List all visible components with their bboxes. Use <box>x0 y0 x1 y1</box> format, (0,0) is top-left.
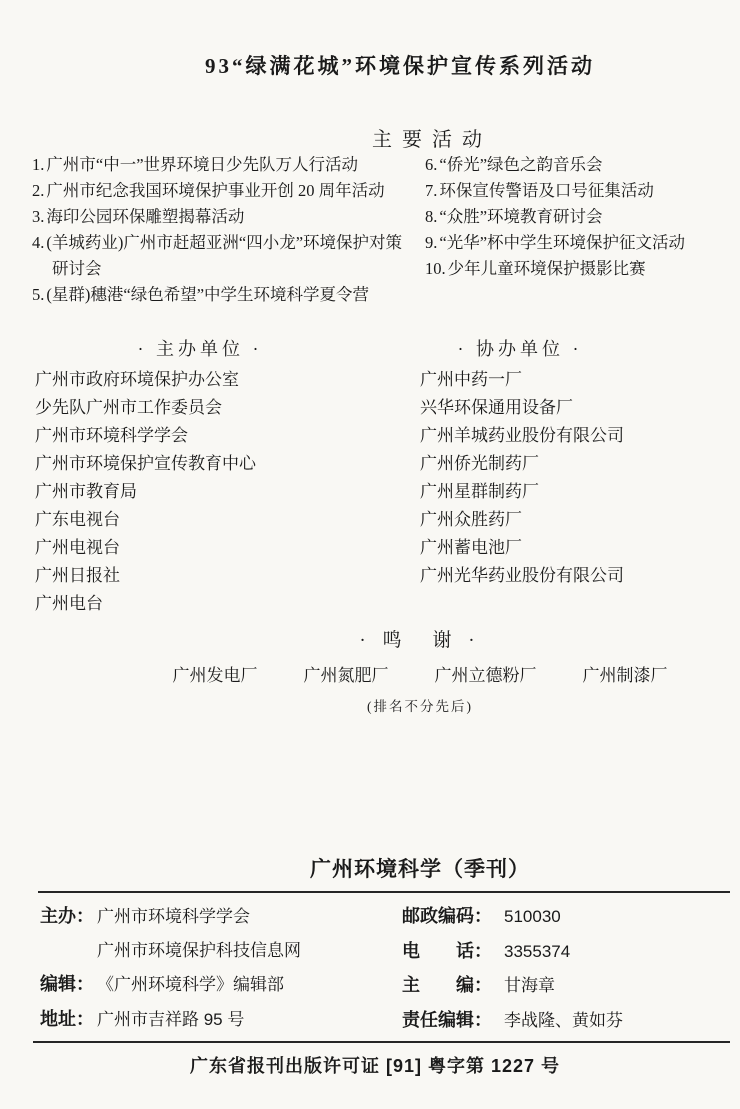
activities-list: 1.广州市“中一”世界环境日少先队万人行活动 2.广州市纪念我国环境保护事业开创… <box>32 152 722 308</box>
info-value: 《广州环境科学》编辑部 <box>97 975 284 994</box>
bottom-divider-rule <box>33 1041 730 1043</box>
journal-info-left: 主办：广州市环境科学学会 广州市环境保护科技信息网 编辑：《广州环境科学》编辑部… <box>40 900 301 1037</box>
activity-item-9: 9.“光华”杯中学生环境保护征文活动 <box>425 230 722 256</box>
activity-item-5: 5.(星群)穗港“绿色希望”中学生环境科学夏令营 <box>32 282 404 308</box>
acknowledgement-note: (排名不分先后) <box>50 695 740 715</box>
co-organizer-item: 广州星群制药厂 <box>420 478 722 506</box>
info-value: 李战隆、黄如芬 <box>504 1011 623 1030</box>
info-value: 甘海章 <box>504 976 555 995</box>
organizer-item: 广州市教育局 <box>35 478 420 506</box>
info-row-editor-dept: 编辑：《广州环境科学》编辑部 <box>40 968 301 1003</box>
journal-title: 广州环境科学（季刊） <box>50 853 740 883</box>
info-value: 广州市环境保护科技信息网 <box>97 941 301 960</box>
co-organizer-item: 广州侨光制药厂 <box>420 450 722 478</box>
organizers-list: 广州市政府环境保护办公室 少先队广州市工作委员会 广州市环境科学学会 广州市环境… <box>35 366 420 618</box>
activity-number: 2. <box>32 181 46 200</box>
organizer-item: 广州市环境科学学会 <box>35 422 420 450</box>
activity-text: 海印公园环保雕塑揭幕活动 <box>46 207 244 226</box>
activity-number: 4. <box>32 233 46 252</box>
info-row-postcode: 邮政编码：510030 <box>402 900 623 935</box>
organizer-item: 广州电台 <box>35 590 420 618</box>
organizer-item: 少先队广州市工作委员会 <box>35 394 420 422</box>
co-organizers-column: · 协办单位 · 广州中药一厂 兴华环保通用设备厂 广州羊城药业股份有限公司 广… <box>420 338 722 618</box>
activity-text: (星群)穗港“绿色希望”中学生环境科学夏令营 <box>46 285 369 304</box>
activity-text: “光华”杯中学生环境保护征文活动 <box>439 233 685 252</box>
acknowledged-company: 广州立德粉厂 <box>435 664 537 688</box>
main-activities-heading: 主要活动 <box>62 123 740 152</box>
activity-item-2: 2.广州市纪念我国环境保护事业开创 20 周年活动 <box>32 178 404 204</box>
activity-text: “侨光”绿色之韵音乐会 <box>439 155 602 174</box>
info-label: 主 编： <box>402 969 504 1002</box>
activity-item-6: 6.“侨光”绿色之韵音乐会 <box>425 152 722 178</box>
info-row-address: 地址：广州市吉祥路 95 号 <box>40 1003 301 1038</box>
activity-item-7: 7.环保宣传警语及口号征集活动 <box>425 178 722 204</box>
journal-info-right: 邮政编码：510030 电 话：3355374 主 编：甘海章 责任编辑：李战隆… <box>402 900 623 1038</box>
activities-right-column: 6.“侨光”绿色之韵音乐会 7.环保宣传警语及口号征集活动 8.“众胜”环境教育… <box>425 152 722 308</box>
activity-number: 5. <box>32 285 46 304</box>
co-organizers-heading: · 协办单位 · <box>420 338 620 360</box>
acknowledgement-heading: · 鸣 谢 · <box>50 630 740 652</box>
co-organizer-item: 广州中药一厂 <box>420 366 722 394</box>
info-label: 责任编辑： <box>402 1004 504 1037</box>
document-title: 93“绿满花城”环境保护宣传系列活动 <box>30 50 740 80</box>
activity-text: 广州市“中一”世界环境日少先队万人行活动 <box>46 155 358 174</box>
activity-text: (羊城药业)广州市赶超亚洲“四小龙”环境保护对策研讨会 <box>46 233 402 278</box>
organizer-item: 广州市政府环境保护办公室 <box>35 366 420 394</box>
activity-item-3: 3.海印公园环保雕塑揭幕活动 <box>32 204 404 230</box>
acknowledgement-section: · 鸣 谢 · 广州发电厂 广州氮肥厂 广州立德粉厂 广州制漆厂 (排名不分先后… <box>50 630 740 715</box>
info-label: 邮政编码： <box>402 900 504 933</box>
scanned-document-page: 93“绿满花城”环境保护宣传系列活动 主要活动 1.广州市“中一”世界环境日少先… <box>0 0 740 1109</box>
activity-number: 7. <box>425 181 439 200</box>
activity-item-1: 1.广州市“中一”世界环境日少先队万人行活动 <box>32 152 404 178</box>
publication-license: 广东省报刊出版许可证 [91] 粤字第 1227 号 <box>5 1052 740 1078</box>
info-row-chief-editor: 主 编：甘海章 <box>402 969 623 1004</box>
co-organizer-item: 广州众胜药厂 <box>420 506 722 534</box>
organizers-heading: · 主办单位 · <box>35 338 365 360</box>
activity-number: 10. <box>425 259 448 278</box>
activity-item-10: 10.少年儿童环境保护摄影比赛 <box>425 256 722 282</box>
acknowledgement-companies: 广州发电厂 广州氮肥厂 广州立德粉厂 广州制漆厂 <box>50 664 740 688</box>
acknowledged-company: 广州制漆厂 <box>583 664 668 688</box>
top-divider-rule <box>38 891 730 893</box>
info-label: 编辑： <box>40 968 97 1001</box>
co-organizer-item: 广州光华药业股份有限公司 <box>420 562 722 590</box>
acknowledged-company: 广州发电厂 <box>173 664 258 688</box>
info-row-phone: 电 话：3355374 <box>402 935 623 970</box>
info-label: 地址： <box>40 1003 97 1036</box>
co-organizer-item: 广州蓄电池厂 <box>420 534 722 562</box>
activity-text: 环保宣传警语及口号征集活动 <box>439 181 654 200</box>
info-value: 3355374 <box>504 942 570 961</box>
info-label: 主办： <box>40 900 97 933</box>
activities-left-column: 1.广州市“中一”世界环境日少先队万人行活动 2.广州市纪念我国环境保护事业开创… <box>32 152 425 308</box>
info-row-responsible-editors: 责任编辑：李战隆、黄如芬 <box>402 1004 623 1039</box>
info-row-sponsor: 主办：广州市环境科学学会 <box>40 900 301 935</box>
co-organizer-item: 广州羊城药业股份有限公司 <box>420 422 722 450</box>
activity-item-8: 8.“众胜”环境教育研讨会 <box>425 204 722 230</box>
activity-item-4: 4.(羊城药业)广州市赶超亚洲“四小龙”环境保护对策研讨会 <box>32 230 404 282</box>
activity-number: 8. <box>425 207 439 226</box>
organizer-item: 广州市环境保护宣传教育中心 <box>35 450 420 478</box>
organizer-item: 广东电视台 <box>35 506 420 534</box>
info-value: 510030 <box>504 907 561 926</box>
activity-number: 1. <box>32 155 46 174</box>
activity-text: “众胜”环境教育研讨会 <box>439 207 602 226</box>
activity-number: 3. <box>32 207 46 226</box>
activity-number: 9. <box>425 233 439 252</box>
acknowledged-company: 广州氮肥厂 <box>304 664 389 688</box>
activity-number: 6. <box>425 155 439 174</box>
organizers-column: · 主办单位 · 广州市政府环境保护办公室 少先队广州市工作委员会 广州市环境科… <box>35 338 420 618</box>
info-value: 广州市吉祥路 95 号 <box>97 1010 244 1029</box>
info-label: 电 话： <box>402 935 504 968</box>
info-row-sponsor-2: 广州市环境保护科技信息网 <box>40 935 301 969</box>
organizer-item: 广州电视台 <box>35 534 420 562</box>
activity-text: 广州市纪念我国环境保护事业开创 20 周年活动 <box>46 181 384 200</box>
activity-text: 少年儿童环境保护摄影比赛 <box>448 259 646 278</box>
units-section: · 主办单位 · 广州市政府环境保护办公室 少先队广州市工作委员会 广州市环境科… <box>35 338 722 618</box>
info-value: 广州市环境科学学会 <box>97 907 250 926</box>
organizer-item: 广州日报社 <box>35 562 420 590</box>
co-organizers-list: 广州中药一厂 兴华环保通用设备厂 广州羊城药业股份有限公司 广州侨光制药厂 广州… <box>420 366 722 590</box>
co-organizer-item: 兴华环保通用设备厂 <box>420 394 722 422</box>
